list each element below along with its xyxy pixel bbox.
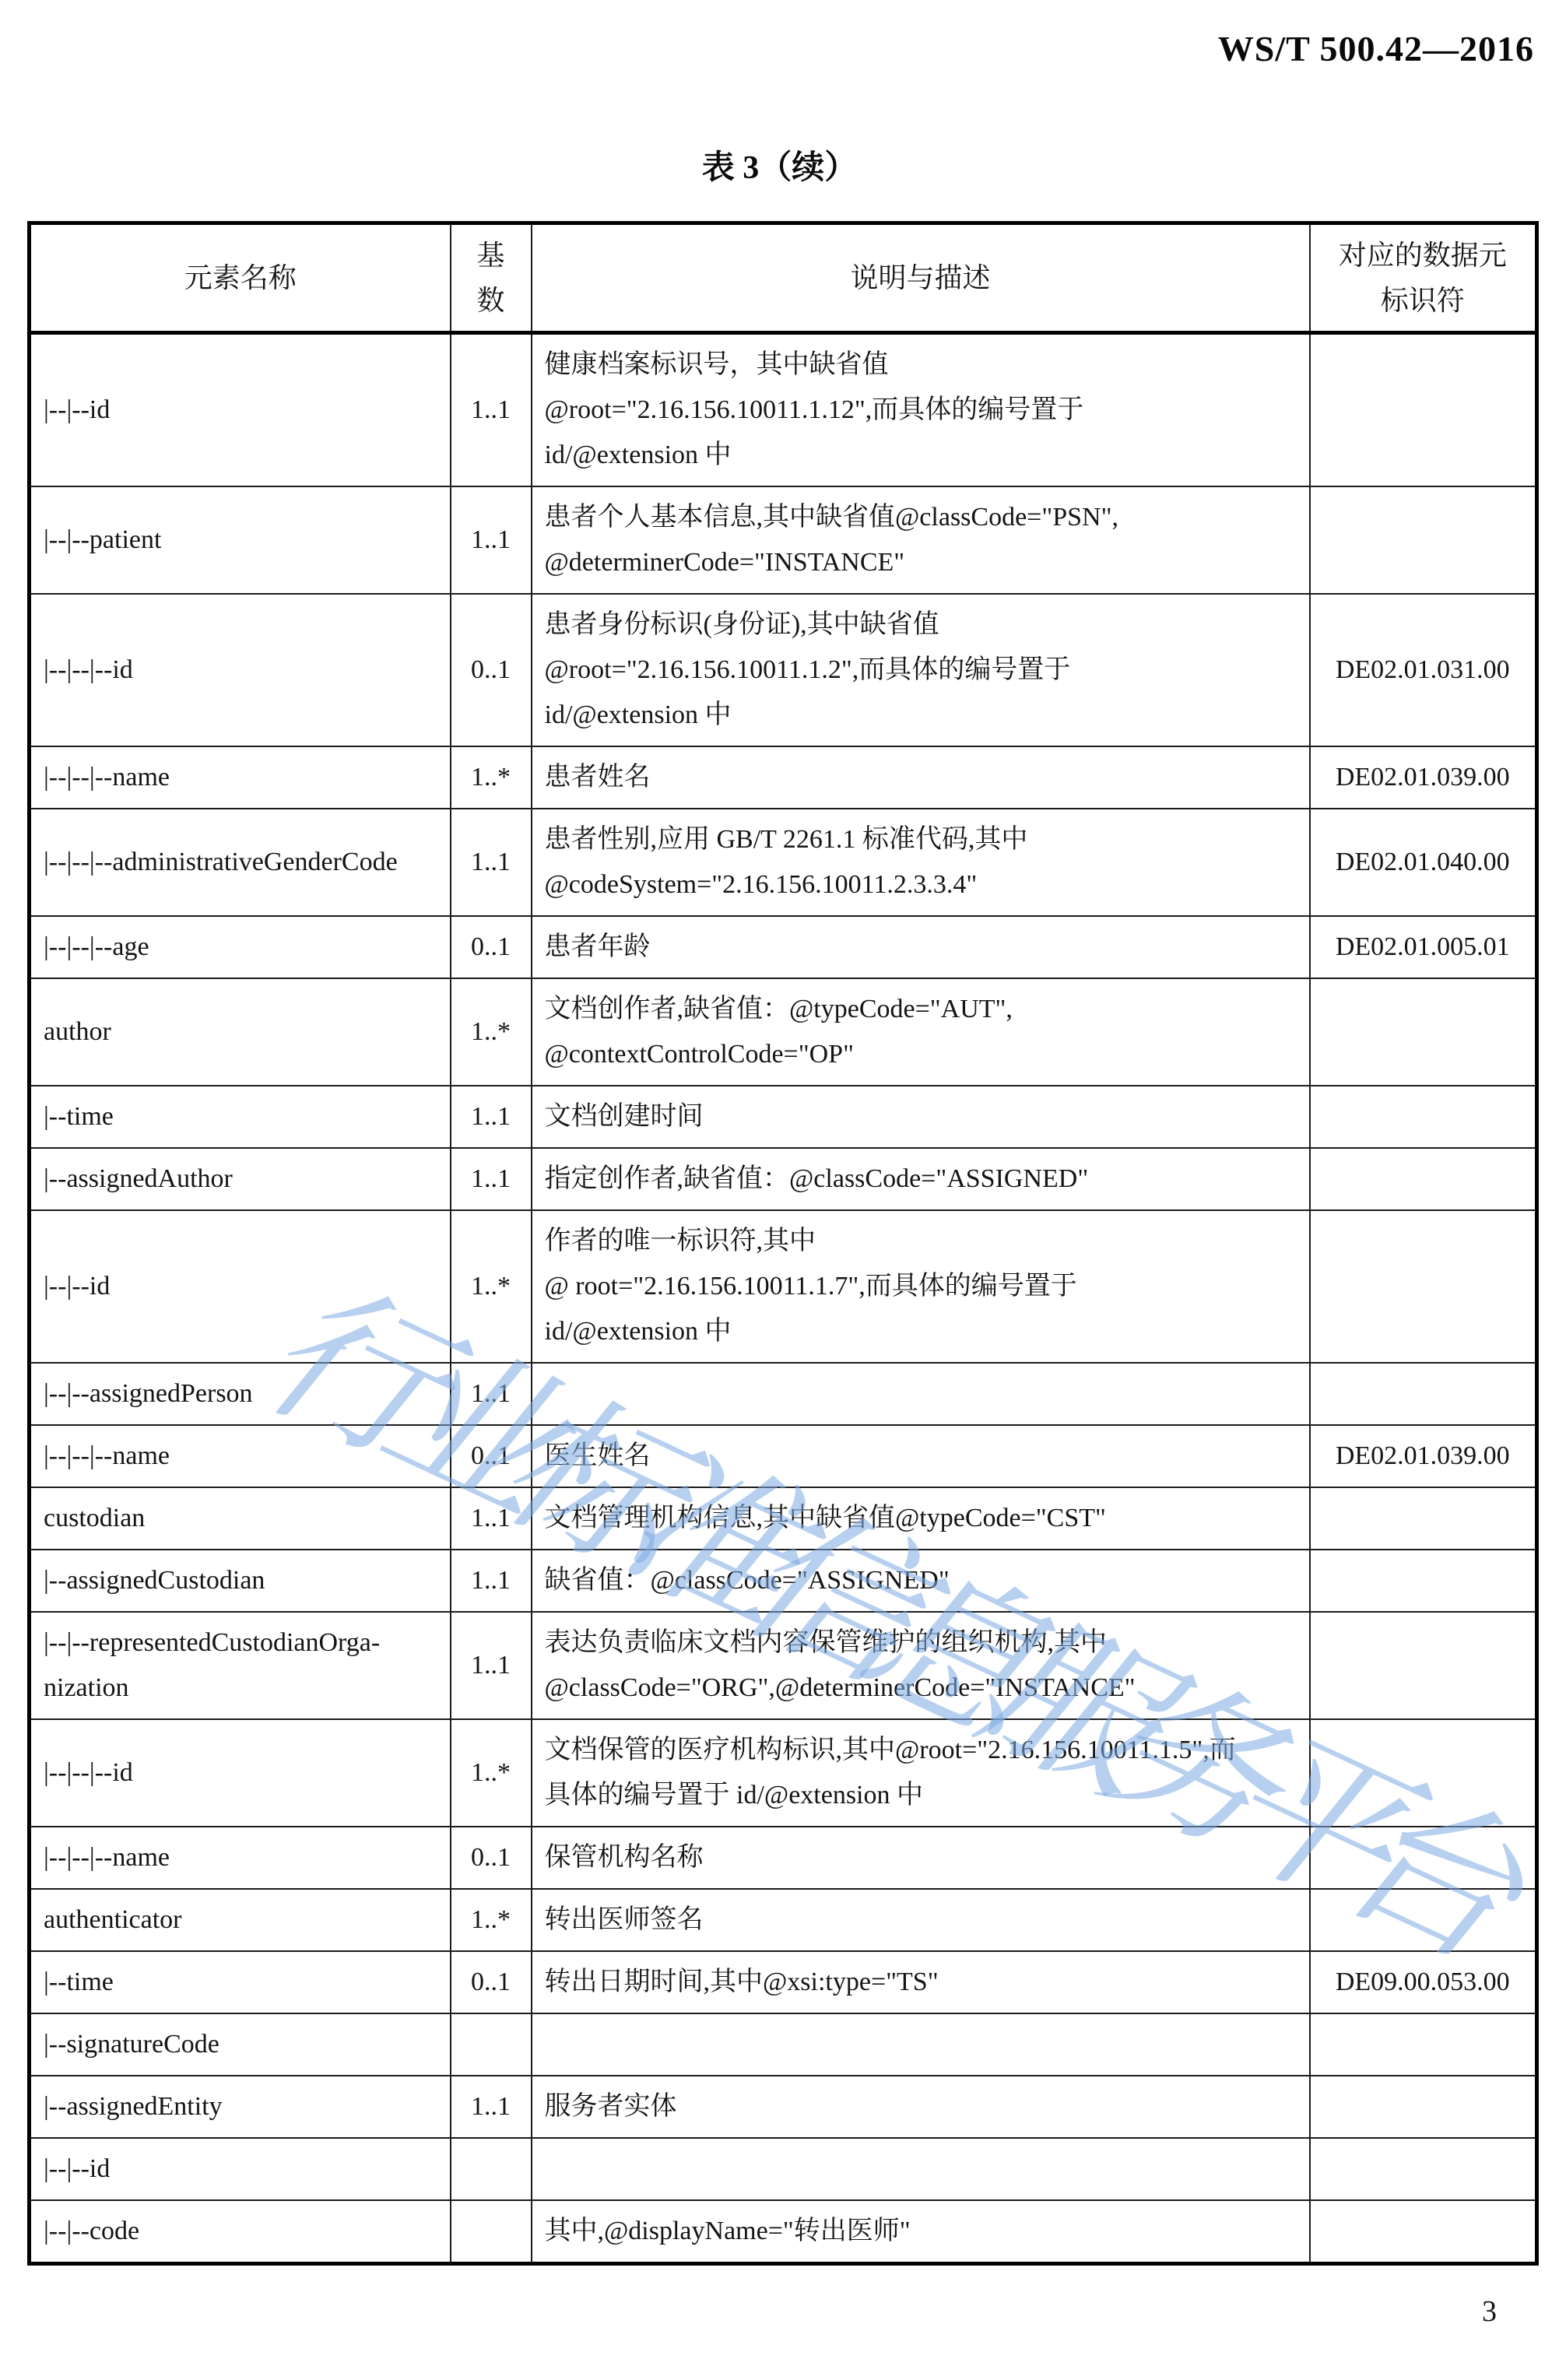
element-name-cell: |--assignedCustodian [30,1550,451,1612]
table-row: |--|--id 1..* 作者的唯一标识符,其中 @ root="2.16.1… [30,1210,1537,1363]
cardinality-cell: 1..* [451,1719,532,1827]
element-name-cell: authenticator [30,1889,451,1951]
document-code: WS/T 500.42—2016 [1218,28,1534,69]
data-element-id-cell [1310,1550,1537,1612]
data-element-id-cell [1310,1889,1537,1951]
cardinality-cell [451,2138,532,2200]
column-header-description: 说明与描述 [532,223,1310,333]
description-cell: 医生姓名 [532,1425,1310,1487]
data-element-id-cell [1310,1086,1537,1148]
description-cell: 健康档案标识号，其中缺省值 @root="2.16.156.10011.1.12… [532,333,1310,487]
cardinality-cell: 1..1 [451,486,532,594]
element-name-cell: |--|--patient [30,486,451,594]
cardinality-cell: 1..1 [451,1086,532,1148]
data-element-id-cell [1310,2076,1537,2138]
element-name-cell: |--|--representedCustodianOrga- nization [30,1612,451,1719]
table-row: |--signatureCode [30,2013,1537,2076]
data-element-id-cell [1310,333,1537,487]
column-header-element-name: 元素名称 [30,223,451,333]
description-cell [532,2138,1310,2200]
table-row: |--|--|--name 0..1 保管机构名称 [30,1827,1537,1889]
table-row: |--assignedCustodian 1..1 缺省值：@classCode… [30,1550,1537,1612]
element-name-cell: |--|--|--administrativeGenderCode [30,809,451,916]
cardinality-cell: 1..1 [451,1363,532,1425]
description-cell: 保管机构名称 [532,1827,1310,1889]
cardinality-cell: 1..* [451,1889,532,1951]
table-row: |--|--|--administrativeGenderCode 1..1 患… [30,809,1537,916]
data-element-id-cell [1310,2013,1537,2076]
description-cell: 文档保管的医疗机构标识,其中@root="2.16.156.10011.1.5"… [532,1719,1310,1827]
element-name-cell: |--|--|--age [30,916,451,978]
description-cell [532,1363,1310,1425]
cardinality-cell: 0..1 [451,1951,532,2013]
description-cell: 作者的唯一标识符,其中 @ root="2.16.156.10011.1.7",… [532,1210,1310,1363]
cardinality-cell: 1..* [451,1210,532,1363]
description-cell: 患者姓名 [532,746,1310,809]
data-element-id-cell [1310,1363,1537,1425]
element-name-cell: |--assignedEntity [30,2076,451,2138]
cardinality-cell: 1..* [451,978,532,1086]
table-row: |--|--representedCustodianOrga- nization… [30,1612,1537,1719]
cardinality-cell: 1..1 [451,1148,532,1210]
table-row: |--|--|--id 0..1 患者身份标识(身份证),其中缺省值 @root… [30,594,1537,746]
table-row: |--|--id [30,2138,1537,2200]
table-row: |--|--|--name 1..* 患者姓名 DE02.01.039.00 [30,746,1537,809]
cardinality-cell: 1..1 [451,2076,532,2138]
element-name-cell: |--|--id [30,333,451,487]
element-name-cell: |--time [30,1086,451,1148]
cardinality-cell: 1..1 [451,1612,532,1719]
cardinality-cell: 1..1 [451,333,532,487]
data-element-id-cell: DE02.01.031.00 [1310,594,1537,746]
cardinality-cell: 0..1 [451,1425,532,1487]
element-name-cell: |--|--|--id [30,594,451,746]
data-element-id-cell [1310,1148,1537,1210]
cardinality-cell [451,2200,532,2264]
table-row: |--|--|--age 0..1 患者年龄 DE02.01.005.01 [30,916,1537,978]
description-cell: 表达负责临床文档内容保管维护的组织机构,其中 @classCode="ORG",… [532,1612,1310,1719]
element-name-cell: |--|--id [30,2138,451,2200]
table-title: 表 3（续） [0,142,1559,188]
table-header-row: 元素名称 基数 说明与描述 对应的数据元 标识符 [30,223,1537,333]
element-name-cell: author [30,978,451,1086]
data-element-id-cell [1310,2200,1537,2264]
description-cell: 缺省值：@classCode="ASSIGNED" [532,1550,1310,1612]
table-row: |--assignedEntity 1..1 服务者实体 [30,2076,1537,2138]
table-row: |--time 0..1 转出日期时间,其中@xsi:type="TS" DE0… [30,1951,1537,2013]
description-cell: 指定创作者,缺省值：@classCode="ASSIGNED" [532,1148,1310,1210]
element-name-cell: |--|--assignedPerson [30,1363,451,1425]
data-element-id-cell: DE02.01.039.00 [1310,746,1537,809]
description-cell: 其中,@displayName="转出医师" [532,2200,1310,2264]
data-element-id-cell [1310,978,1537,1086]
table-row: |--time 1..1 文档创建时间 [30,1086,1537,1148]
description-cell: 患者个人基本信息,其中缺省值@classCode="PSN", @determi… [532,486,1310,594]
element-name-cell: |--signatureCode [30,2013,451,2076]
element-name-cell: |--|--code [30,2200,451,2264]
data-element-id-cell [1310,1827,1537,1889]
element-name-cell: |--time [30,1951,451,2013]
data-element-id-cell: DE02.01.040.00 [1310,809,1537,916]
table-row: |--|--|--name 0..1 医生姓名 DE02.01.039.00 [30,1425,1537,1487]
table-row: custodian 1..1 文档管理机构信息,其中缺省值@typeCode="… [30,1487,1537,1550]
table-row: |--|--id 1..1 健康档案标识号，其中缺省值 @root="2.16.… [30,333,1537,487]
description-cell: 文档创作者,缺省值：@typeCode="AUT", @contextContr… [532,978,1310,1086]
table-body: |--|--id 1..1 健康档案标识号，其中缺省值 @root="2.16.… [30,333,1537,2264]
cardinality-cell: 1..1 [451,809,532,916]
table-row: |--|--code 其中,@displayName="转出医师" [30,2200,1537,2264]
description-cell: 患者性别,应用 GB/T 2261.1 标准代码,其中 @codeSystem=… [532,809,1310,916]
column-header-cardinality: 基数 [451,223,532,333]
element-name-cell: custodian [30,1487,451,1550]
element-name-cell: |--|--id [30,1210,451,1363]
table-row: |--|--patient 1..1 患者个人基本信息,其中缺省值@classC… [30,486,1537,594]
description-cell: 服务者实体 [532,2076,1310,2138]
cardinality-cell: 1..1 [451,1487,532,1550]
description-cell: 转出医师签名 [532,1889,1310,1951]
element-name-cell: |--assignedAuthor [30,1148,451,1210]
column-header-data-element-id: 对应的数据元 标识符 [1310,223,1537,333]
data-element-id-cell [1310,486,1537,594]
element-definition-table: 元素名称 基数 说明与描述 对应的数据元 标识符 |--|--id 1..1 健… [27,221,1539,2266]
cardinality-cell: 1..* [451,746,532,809]
description-cell [532,2013,1310,2076]
data-element-id-cell [1310,2138,1537,2200]
table-row: author 1..* 文档创作者,缺省值：@typeCode="AUT", @… [30,978,1537,1086]
table-row: |--|--assignedPerson 1..1 [30,1363,1537,1425]
cardinality-cell [451,2013,532,2076]
cardinality-cell: 0..1 [451,594,532,746]
data-element-id-cell: DE09.00.053.00 [1310,1951,1537,2013]
description-cell: 转出日期时间,其中@xsi:type="TS" [532,1951,1310,2013]
description-cell: 文档管理机构信息,其中缺省值@typeCode="CST" [532,1487,1310,1550]
data-element-id-cell [1310,1487,1537,1550]
data-element-id-cell [1310,1612,1537,1719]
data-element-id-cell [1310,1210,1537,1363]
element-name-cell: |--|--|--name [30,746,451,809]
table-row: |--assignedAuthor 1..1 指定创作者,缺省值：@classC… [30,1148,1537,1210]
element-name-cell: |--|--|--name [30,1425,451,1487]
data-element-id-cell: DE02.01.039.00 [1310,1425,1537,1487]
cardinality-cell: 0..1 [451,1827,532,1889]
description-cell: 文档创建时间 [532,1086,1310,1148]
data-element-id-cell [1310,1719,1537,1827]
data-element-id-cell: DE02.01.005.01 [1310,916,1537,978]
cardinality-cell: 1..1 [451,1550,532,1612]
page-number: 3 [1482,2294,1497,2329]
description-cell: 患者年龄 [532,916,1310,978]
cardinality-cell: 0..1 [451,916,532,978]
table-row: authenticator 1..* 转出医师签名 [30,1889,1537,1951]
description-cell: 患者身份标识(身份证),其中缺省值 @root="2.16.156.10011.… [532,594,1310,746]
element-name-cell: |--|--|--name [30,1827,451,1889]
element-name-cell: |--|--|--id [30,1719,451,1827]
table-row: |--|--|--id 1..* 文档保管的医疗机构标识,其中@root="2.… [30,1719,1537,1827]
